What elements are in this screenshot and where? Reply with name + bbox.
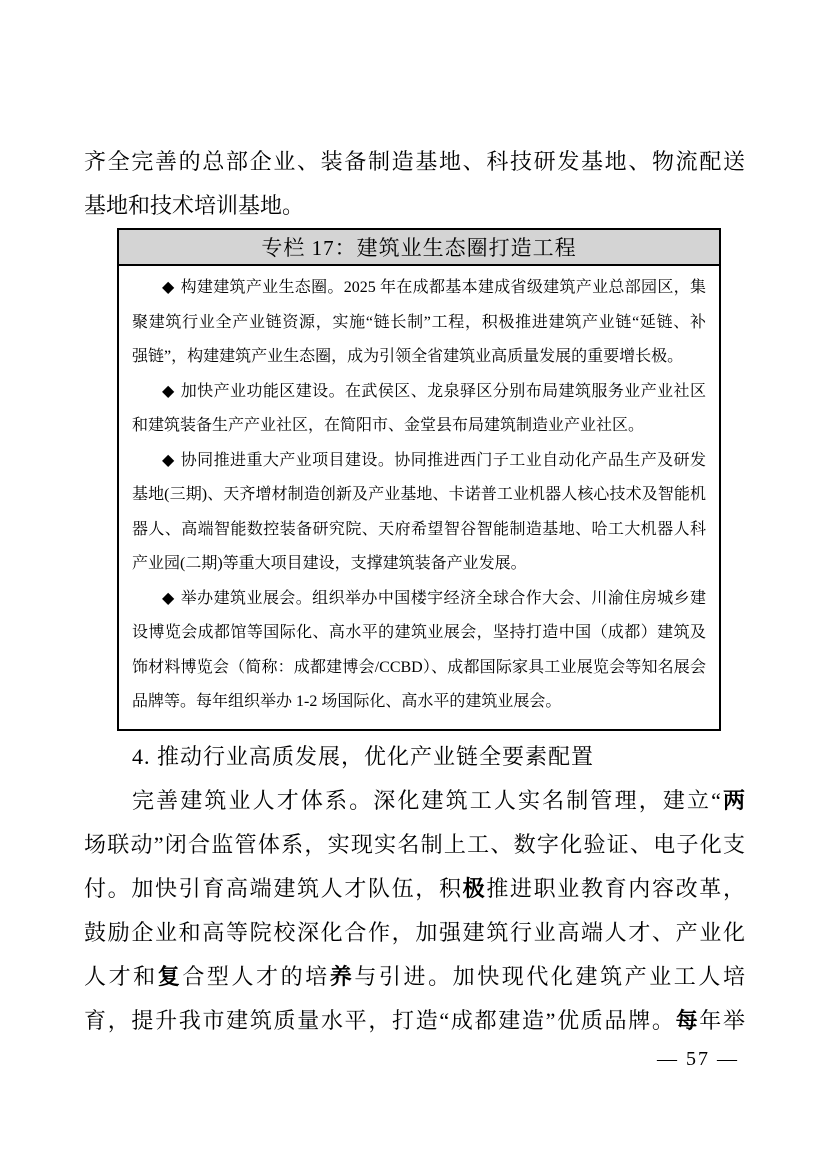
text-segment: 基地(三期)、天齐增材制造创新及产业基地、卡诺普工业机器人核心技术及智能机 (132, 486, 706, 503)
text-segment: 聚建筑行业全产业链资源，实施“链长制”工程，积极推进建筑产业链“延链、补链、 (132, 314, 706, 341)
body-paragraph: 完善建筑业人才体系。深化建筑工人实名制管理，建立“两场联动”闭合监管体系，实现实… (84, 779, 745, 1043)
text-segment: 产业园(二期)等重大项目建设，支撑建筑装备产业发展。 (132, 555, 527, 572)
text-line: 聚建筑行业全产业链资源，实施“链长制”工程，积极推进建筑产业链“延链、补链、 (132, 306, 706, 341)
bullet-diamond-icon: ◆ (162, 279, 175, 296)
page-content: 齐全完善的总部企业、装备制造基地、科技研发基地、物流配送基地和技术培训基地。 专… (84, 140, 745, 1073)
text-line: 品牌等。每年组织举办 1-2 场国际化、高水平的建筑业展会。 (132, 685, 706, 720)
page-number: — 57 — (84, 1045, 745, 1073)
bullet-item: ◆构建建筑产业生态圈。2025 年在成都基本建成省级建筑产业总部园区，集聚建筑行… (132, 271, 706, 375)
text-line: ◆构建建筑产业生态圈。2025 年在成都基本建成省级建筑产业总部园区，集 (132, 271, 706, 306)
text-segment: 完善建筑业人才体系。深化建筑工人实名制管理，建立“ (132, 788, 721, 813)
text-segment: 合型人才的培 (182, 964, 329, 989)
bullet-item: ◆加快产业功能区建设。在武侯区、龙泉驿区分别布局建筑服务业产业社区和建筑装备生产… (132, 375, 706, 444)
text-segment: 基地和技术培训基地。 (84, 193, 304, 218)
bullet-item: ◆协同推进重大产业项目建设。协同推进西门子工业自动化产品生产及研发基地(三期)、… (132, 444, 706, 582)
text-segment: 场联动”闭合监管体系，实现实名制上工、数字化验证、电子化支 (84, 832, 745, 857)
text-line: 基地(三期)、天齐增材制造创新及产业基地、卡诺普工业机器人核心技术及智能机 (132, 478, 706, 513)
text-line: 人才和复合型人才的培养与引进。加快现代化建筑产业工人培 (84, 955, 745, 999)
text-line: ◆举办建筑业展会。组织举办中国楼宇经济全球合作大会、川渝住房城乡建 (132, 582, 706, 617)
panel-body: ◆构建建筑产业生态圈。2025 年在成都基本建成省级建筑产业总部园区，集聚建筑行… (119, 266, 719, 729)
bullet-diamond-icon: ◆ (162, 590, 175, 607)
section-heading: 4. 推动行业高质发展，优化产业链全要素配置 (84, 735, 745, 779)
text-line: 强链”，构建建筑产业生态圈，成为引领全省建筑业高质量发展的重要增长极。 (132, 340, 706, 375)
text-segment: 举办建筑业展会。组织举办中国楼宇经济全球合作大会、川渝住房城乡建 (181, 590, 706, 607)
text-line: 设博览会成都馆等国际化、高水平的建筑业展会，坚持打造中国（成都）建筑及装 (132, 616, 706, 651)
text-segment: 协同推进重大产业项目建设。协同推进西门子工业自动化产品生产及研发 (181, 452, 706, 469)
bullet-diamond-icon: ◆ (162, 383, 175, 400)
bold-character: 两 (721, 789, 745, 814)
text-line: 器人、高端智能数控装备研究院、天府希望智谷智能制造基地、哈工大机器人科技 (132, 513, 706, 548)
intro-paragraph: 齐全完善的总部企业、装备制造基地、科技研发基地、物流配送基地和技术培训基地。 (84, 140, 745, 228)
text-segment: 强链”，构建建筑产业生态圈，成为引领全省建筑业高质量发展的重要增长极。 (132, 348, 683, 365)
bullet-diamond-icon: ◆ (162, 452, 175, 469)
text-segment: 人才和 (84, 964, 158, 989)
text-line: 场联动”闭合监管体系，实现实名制上工、数字化验证、电子化支 (84, 823, 745, 867)
text-segment: 设博览会成都馆等国际化、高水平的建筑业展会，坚持打造中国（成都）建筑及装 (132, 624, 706, 651)
text-line: 产业园(二期)等重大项目建设，支撑建筑装备产业发展。 (132, 547, 706, 582)
text-segment: 齐全完善的总部企业、装备制造基地、科技研发基地、物流配送 (84, 149, 745, 174)
document-page: 齐全完善的总部企业、装备制造基地、科技研发基地、物流配送基地和技术培训基地。 专… (0, 0, 827, 1169)
text-segment: 器人、高端智能数控装备研究院、天府希望智谷智能制造基地、哈工大机器人科技 (132, 521, 706, 548)
text-line: 齐全完善的总部企业、装备制造基地、科技研发基地、物流配送 (84, 140, 745, 184)
text-line: ◆加快产业功能区建设。在武侯区、龙泉驿区分别布局建筑服务业产业社区 (132, 375, 706, 410)
text-line: 完善建筑业人才体系。深化建筑工人实名制管理，建立“两 (84, 779, 745, 823)
text-segment: 饰材料博览会（简称：成都建博会/CCBD）、成都国际家具工业展览会等知名展会 (132, 659, 706, 676)
text-line: 饰材料博览会（简称：成都建博会/CCBD）、成都国际家具工业展览会等知名展会 (132, 651, 706, 686)
special-column-panel: 专栏 17：建筑业生态圈打造工程 ◆构建建筑产业生态圈。2025 年在成都基本建… (117, 228, 721, 731)
text-segment: 构建建筑产业生态圈。2025 年在成都基本建成省级建筑产业总部园区，集 (181, 279, 706, 296)
text-line: ◆协同推进重大产业项目建设。协同推进西门子工业自动化产品生产及研发 (132, 444, 706, 479)
bold-character: 每 (676, 1009, 700, 1034)
text-segment: 付。加快引育高端建筑人才队伍，积 (84, 876, 463, 901)
text-segment: 与引进。加快现代化建筑产业工人培 (354, 964, 745, 989)
text-line: 鼓励企业和高等院校深化合作，加强建筑行业高端人才、产业化 (84, 911, 745, 955)
text-segment: 品牌等。每年组织举办 1-2 场国际化、高水平的建筑业展会。 (132, 693, 561, 710)
text-line: 基地和技术培训基地。 (84, 184, 745, 228)
text-line: 付。加快引育高端建筑人才队伍，积极推进职业教育内容改革， (84, 867, 745, 911)
text-segment: 鼓励企业和高等院校深化合作，加强建筑行业高端人才、产业化 (84, 920, 745, 945)
text-segment: 加快产业功能区建设。在武侯区、龙泉驿区分别布局建筑服务业产业社区 (181, 383, 706, 400)
panel-title: 专栏 17：建筑业生态圈打造工程 (119, 230, 719, 266)
bullet-item: ◆举办建筑业展会。组织举办中国楼宇经济全球合作大会、川渝住房城乡建设博览会成都馆… (132, 582, 706, 720)
bold-character: 复 (158, 965, 183, 990)
text-line: 和建筑装备生产产业社区，在简阳市、金堂县布局建筑制造业产业社区。 (132, 409, 706, 444)
text-segment: 推进职业教育内容改革， (486, 876, 745, 901)
text-segment: 育，提升我市建筑质量水平，打造“成都建造”优质品牌。 (84, 1008, 676, 1033)
bold-character: 极 (463, 877, 487, 902)
text-segment: 和建筑装备生产产业社区，在简阳市、金堂县布局建筑制造业产业社区。 (132, 417, 644, 434)
bold-character: 养 (330, 965, 355, 990)
text-segment: 年举 (699, 1008, 745, 1033)
text-line: 育，提升我市建筑质量水平，打造“成都建造”优质品牌。每年举 (84, 999, 745, 1043)
